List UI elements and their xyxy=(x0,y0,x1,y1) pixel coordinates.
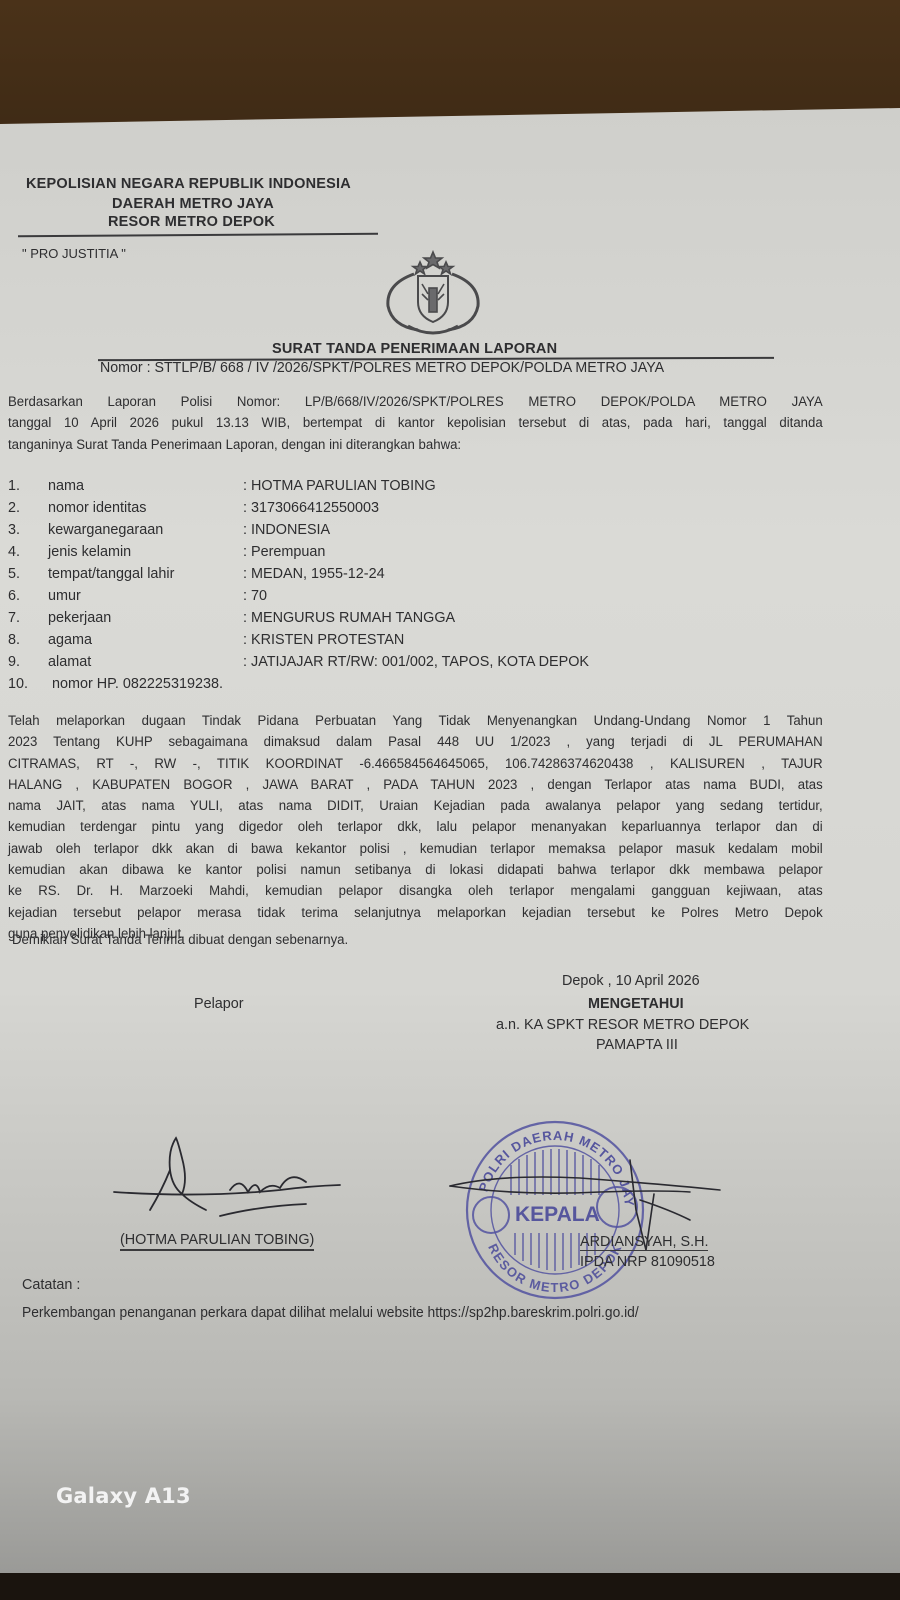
field-label: agama xyxy=(48,632,248,648)
report-paragraph: Telah melaporkan dugaan Tindak Pidana Pe… xyxy=(8,711,823,945)
acknowledged-label: MENGETAHUI xyxy=(588,996,684,1012)
field-value: : MENGURUS RUMAH TANGGA xyxy=(243,610,455,626)
reporter-name: (HOTMA PARULIAN TOBING) xyxy=(120,1232,314,1251)
report-line: CITRAMAS, RT -, RW -, TITIK KOORDINAT -6… xyxy=(8,754,823,775)
intro-paragraph: Berdasarkan Laporan Polisi Nomor: LP/B/6… xyxy=(8,392,823,456)
field-value: : KRISTEN PROTESTAN xyxy=(243,632,404,648)
header-line-1: KEPOLISIAN NEGARA REPUBLIK INDONESIA xyxy=(26,176,351,192)
document-title: SURAT TANDA PENERIMAAN LAPORAN xyxy=(272,341,557,357)
field-value: : INDONESIA xyxy=(243,522,330,538)
report-line: nama JAIT, atas nama YULI, atas nama DID… xyxy=(8,796,823,817)
reporter-label: Pelapor xyxy=(194,996,244,1012)
report-line: jawab oleh terlapor dkk akan di bawa kek… xyxy=(8,839,823,860)
intro-line: tanggal 10 April 2026 pukul 13.13 WIB, b… xyxy=(8,413,823,434)
camera-watermark: Galaxy A13 xyxy=(56,1484,191,1508)
header-line-2: DAERAH METRO JAYA xyxy=(112,196,274,212)
intro-line: Berdasarkan Laporan Polisi Nomor: LP/B/6… xyxy=(8,392,823,413)
field-value: : MEDAN, 1955-12-24 xyxy=(243,566,385,582)
officer-id: IPDA NRP 81090518 xyxy=(580,1254,715,1270)
field-label: tempat/tanggal lahir xyxy=(48,566,248,582)
identity-field-row: 5.tempat/tanggal lahir: MEDAN, 1955-12-2… xyxy=(8,566,708,588)
identity-field-row: 7.pekerjaan: MENGURUS RUMAH TANGGA xyxy=(8,610,708,632)
field-number: 4. xyxy=(8,544,38,560)
header-line-3: RESOR METRO DEPOK xyxy=(108,214,275,230)
field-value: : HOTMA PARULIAN TOBING xyxy=(243,478,436,494)
field-label: nomor identitas xyxy=(48,500,248,516)
report-line: HALANG , KABUPATEN BOGOR , JAWA BARAT , … xyxy=(8,775,823,796)
field-label: alamat xyxy=(48,654,248,670)
pro-justitia: " PRO JUSTITIA " xyxy=(22,246,126,261)
police-emblem-icon xyxy=(378,250,488,340)
field-label: nama xyxy=(48,478,248,494)
identity-field-row: 1.nama: HOTMA PARULIAN TOBING xyxy=(8,478,708,500)
report-line: Telah melaporkan dugaan Tindak Pidana Pe… xyxy=(8,711,823,732)
field-value: : JATIJAJAR RT/RW: 001/002, TAPOS, KOTA … xyxy=(243,654,589,670)
field-number: 5. xyxy=(8,566,38,582)
officer-name: ARDIANSYAH, S.H. xyxy=(580,1234,708,1251)
field-value: : Perempuan xyxy=(243,544,325,560)
intro-line: tanganinya Surat Tanda Penerimaan Lapora… xyxy=(8,435,823,456)
note-label: Catatan : xyxy=(22,1277,80,1293)
field-number: 7. xyxy=(8,610,38,626)
report-line: kejadian tersebut pelapor merasa tidak t… xyxy=(8,903,823,924)
report-line: 2023 Tentang KUHP sebagaimana dimaksud d… xyxy=(8,732,823,753)
identity-field-row: 9.alamat: JATIJAJAR RT/RW: 001/002, TAPO… xyxy=(8,654,708,676)
field-label: nomor HP. 082225319238. xyxy=(52,676,452,692)
field-number: 3. xyxy=(8,522,38,538)
field-number: 10. xyxy=(8,676,38,692)
field-label: kewarganegaraan xyxy=(48,522,248,538)
field-number: 9. xyxy=(8,654,38,670)
field-value: : 3173066412550003 xyxy=(243,500,379,516)
identity-field-row: 10.nomor HP. 082225319238. xyxy=(8,676,708,698)
note-text: Perkembangan penanganan perkara dapat di… xyxy=(22,1305,639,1321)
identity-field-row: 8.agama: KRISTEN PROTESTAN xyxy=(8,632,708,654)
field-label: jenis kelamin xyxy=(48,544,248,560)
field-number: 2. xyxy=(8,500,38,516)
field-label: umur xyxy=(48,588,248,604)
field-number: 8. xyxy=(8,632,38,648)
report-line: kemudian terdengar pintu yang digedor ol… xyxy=(8,817,823,838)
document-number: Nomor : STTLP/B/ 668 / IV /2026/SPKT/POL… xyxy=(100,360,664,376)
identity-field-row: 3.kewarganegaraan: INDONESIA xyxy=(8,522,708,544)
identity-field-row: 2.nomor identitas: 3173066412550003 xyxy=(8,500,708,522)
rank-title: PAMAPTA III xyxy=(596,1037,678,1053)
identity-field-row: 4.jenis kelamin: Perempuan xyxy=(8,544,708,566)
reporter-signature-icon xyxy=(110,1130,350,1230)
report-line: ke RS. Dr. H. Marzoeki Mahdi, kemudian p… xyxy=(8,881,823,902)
field-number: 1. xyxy=(8,478,38,494)
on-behalf-label: a.n. KA SPKT RESOR METRO DEPOK xyxy=(496,1017,749,1033)
identity-field-row: 6.umur: 70 xyxy=(8,588,708,610)
field-label: pekerjaan xyxy=(48,610,248,626)
report-line: kemudian akan dibawa ke kantor polisi na… xyxy=(8,860,823,881)
closing-statement: Demikian Surat Tanda Terima dibuat denga… xyxy=(12,932,348,948)
place-date: Depok , 10 April 2026 xyxy=(562,973,700,989)
field-value: : 70 xyxy=(243,588,267,604)
field-number: 6. xyxy=(8,588,38,604)
